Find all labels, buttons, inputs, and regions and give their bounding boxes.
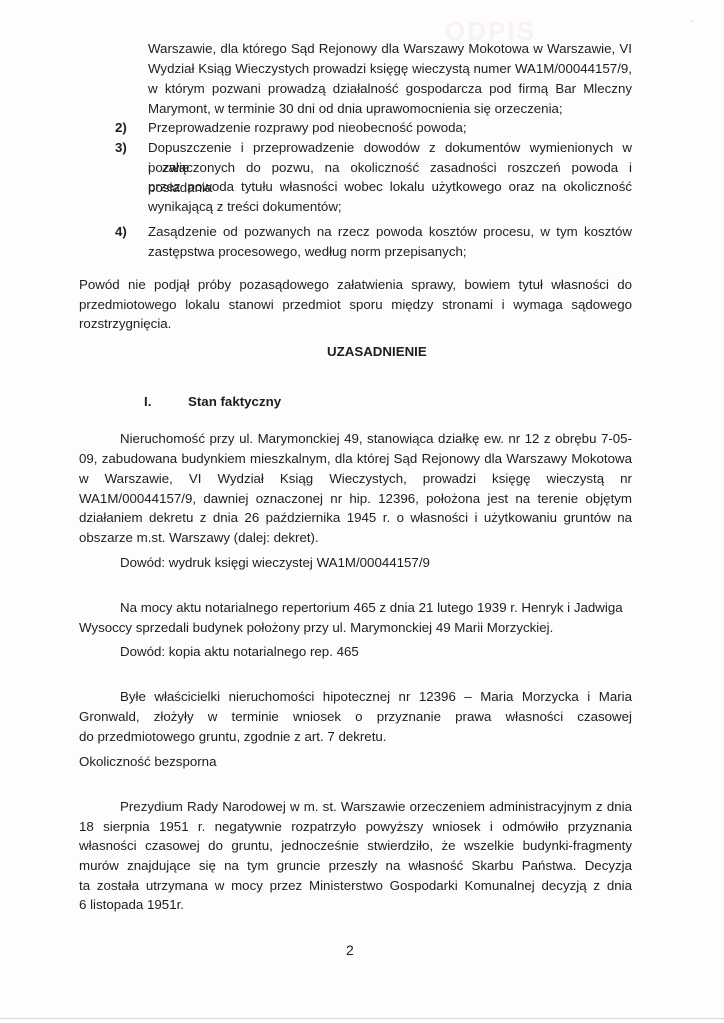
list-number: 4) [115,222,127,242]
page-number: 2 [346,942,354,958]
text-line: przedmiotowego lokalu stanowi przedmiot … [79,295,632,315]
text-line: rozstrzygnięcia. [79,314,171,334]
evidence-line: Dowód: wydruk księgi wieczystej WA1M/000… [120,553,430,573]
text-line: ta została utrzymana w mocy przez Minist… [79,876,632,896]
list-number: 3) [115,138,127,158]
text-line: Marymont, w terminie 30 dni od dnia upra… [148,99,563,119]
list-number: 2) [115,118,127,138]
text-line: obszarze m.st. Warszawy (dalej: dekret). [79,528,319,548]
evidence-line: Dowód: kopia aktu notarialnego rep. 465 [120,642,359,662]
undisputed-note: Okoliczność bezsporna [79,752,216,772]
text-line: Wydział Ksiąg Wieczystych prowadzi księg… [148,59,632,79]
text-line: Na mocy aktu notarialnego repertorium 46… [120,598,623,618]
text-line: własności czasowej do gruntu, jednocześn… [79,836,632,856]
text-line: działaniem dekretu z dnia 26 październik… [79,508,632,528]
text-line: Warszawie, dla którego Sąd Rejonowy dla … [148,39,632,59]
text-line: 6 listopada 1951r. [79,895,184,915]
text-line: wynikającą z treści dokumentów; [148,197,342,217]
text-line: do przedmiotowego gruntu, zgodnie z art.… [79,727,387,747]
section-title: UZASADNIENIE [327,342,427,362]
text-line: Prezydium Rady Narodowej w m. st. Warsza… [120,797,632,817]
text-line: 09, zabudowana budynkiem mieszkalnym, dl… [79,449,632,469]
text-line: w Warszawie, VI Wydział Ksiąg Wieczystyc… [79,469,632,489]
text-line: Nieruchomość przy ul. Marymonckiej 49, s… [120,429,632,449]
subsection-number: I. [144,392,151,412]
text-line: Byłe właścicielki nieruchomości hipotecz… [120,687,632,707]
text-line: Powód nie podjął próby pozasądowego zała… [79,275,632,295]
text-line: zastępstwa procesowego, według norm prze… [148,242,467,262]
text-line: Przeprowadzenie rozprawy pod nieobecność… [148,118,467,138]
text-line: Zasądzenie od pozwanych na rzecz powoda … [148,222,632,242]
scan-mark: ` [691,20,694,31]
subsection-title: Stan faktyczny [188,392,281,412]
text-line: w którym pozwani prowadzą działalność go… [148,79,632,99]
document-page: ODPIS ` Warszawie, dla którego Sąd Rejon… [0,0,724,1023]
text-line: WA1M/00044157/9, dawniej oznaczonej nr h… [79,489,632,509]
text-line: przez powoda tytułu własności wobec loka… [148,177,632,197]
text-line: Wysoccy sprzedali budynek położony przy … [79,618,553,638]
text-line: 18 sierpnia 1951 r. negatywnie rozpatrzy… [79,817,632,837]
text-line: murów znajdujące się na tym gruncie prze… [79,856,632,876]
scan-edge-divider [0,1018,724,1019]
text-line: Gronwald, złożyły w terminie wniosek o p… [79,707,632,727]
